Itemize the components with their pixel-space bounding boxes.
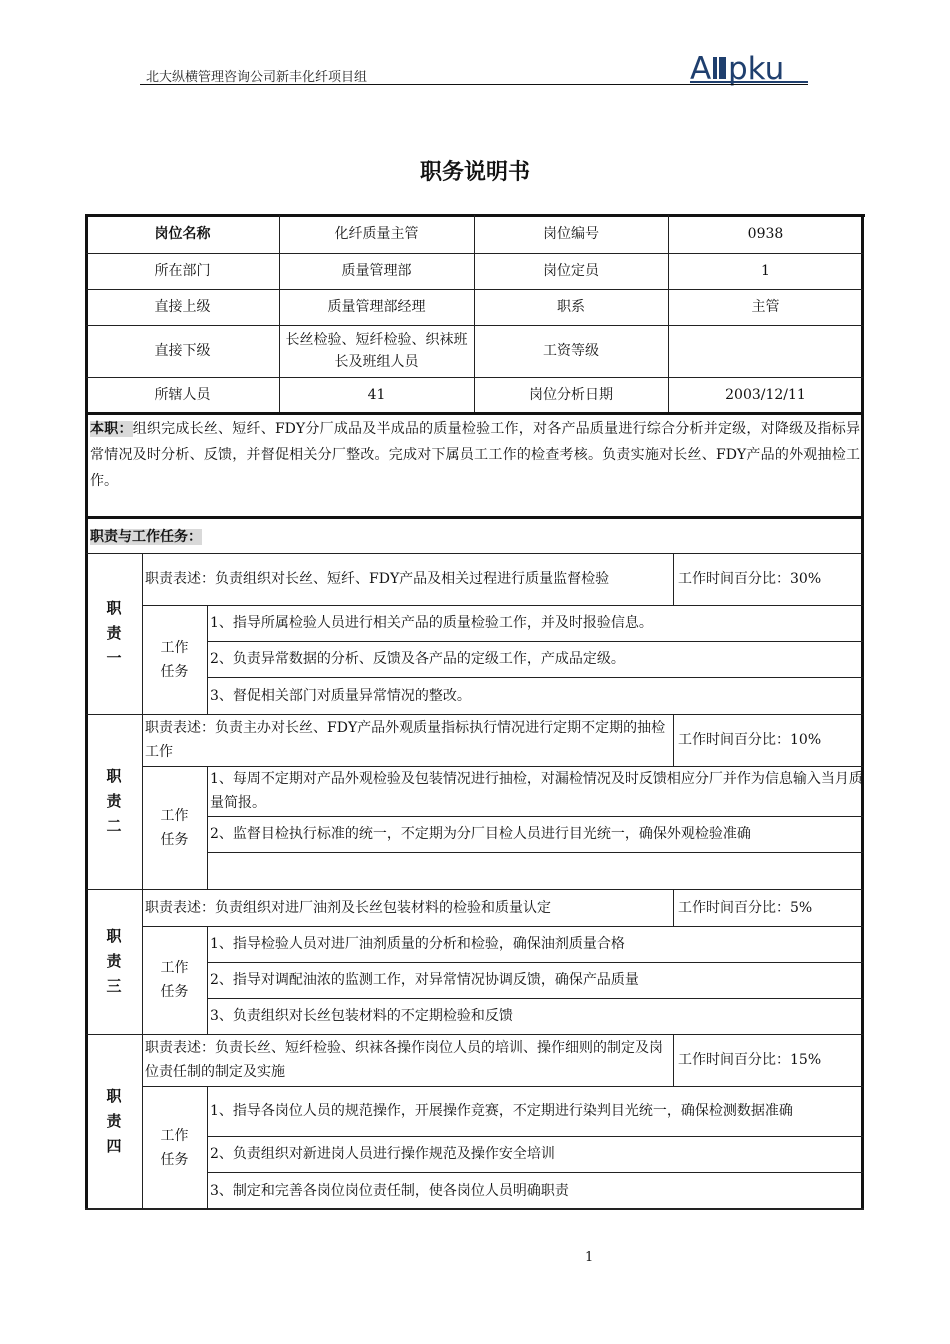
value-department: 质量管理部 — [279, 253, 474, 289]
label-analysis-date: 岗位分析日期 — [474, 377, 668, 413]
label-position-code: 岗位编号 — [474, 215, 668, 253]
document-title: 职务说明书 — [0, 155, 950, 186]
duty-2-task-2: 2、监督目检执行标准的统一，不定期为分厂目检人员进行目光统一，确保外观检验准确 — [207, 816, 863, 852]
duty-1-task-2: 2、负责异常数据的分析、反馈及各产品的定级工作，产成品定级。 — [207, 641, 863, 677]
duty-4-task-label: 工作任务 — [142, 1086, 207, 1209]
duty-3-task-3: 3、负责组织对长丝包装材料的不定期检验和反馈 — [207, 998, 863, 1034]
duty-3-task-2: 2、指导对调配油浓的监测工作，对异常情况协调反馈，确保产品质量 — [207, 962, 863, 998]
summary-text: 组织完成长丝、短纤、FDY分厂成品及半成品的质量检验工作，对各产品质量进行综合分… — [90, 421, 860, 489]
page-number: 1 — [585, 1250, 593, 1265]
value-position-name: 化纤质量主管 — [279, 215, 474, 253]
duty-3-title: 职 责 三 — [86, 889, 142, 1034]
duty-1-time-pct: 工作时间百分比：30% — [673, 553, 863, 605]
duty-2-task-3 — [207, 852, 863, 889]
duty-3-task-1: 1、指导检验人员对进厂油剂质量的分析和检验，确保油剂质量合格 — [207, 926, 863, 962]
duty-1-task-1: 1、指导所属检验人员进行相关产品的质量检验工作，并及时报验信息。 — [207, 605, 863, 641]
duty-2-time-pct: 工作时间百分比：10% — [673, 714, 863, 766]
duty-2-task-1: 1、每周不定期对产品外观检验及包装情况进行抽检，对漏检情况及时反馈相应分厂并作为… — [207, 766, 863, 816]
header-org-text: 北大纵横管理咨询公司新丰化纤项目组 — [146, 66, 367, 85]
duty-4-time-pct: 工作时间百分比：15% — [673, 1034, 863, 1086]
label-staff-count: 所辖人员 — [86, 377, 279, 413]
duties-header: 职责与工作任务： — [90, 527, 202, 547]
value-position-code: 0938 — [668, 215, 863, 253]
duty-3-description: 职责表述：负责组织对进厂油剂及长丝包装材料的检验和质量认定 — [142, 889, 673, 926]
duty-1-task-3: 3、督促相关部门对质量异常情况的整改。 — [207, 677, 863, 714]
logo-icon: A pku — [690, 50, 808, 88]
duty-2-description: 职责表述：负责主办对长丝、FDY产品外观质量指标执行情况进行定期不定期的抽检工作 — [142, 714, 673, 766]
label-salary-grade: 工资等级 — [474, 325, 668, 377]
duty-4-task-3: 3、制定和完善各岗位岗位责任制，使各岗位人员明确职责 — [207, 1172, 863, 1209]
duty-4-task-2: 2、负责组织对新进岗人员进行操作规范及操作安全培训 — [207, 1136, 863, 1172]
duty-1-description: 职责表述：负责组织对长丝、短纤、FDY产品及相关过程进行质量监督检验 — [142, 553, 673, 605]
header-rule — [140, 84, 808, 85]
duty-1-title: 职 责 一 — [86, 553, 142, 714]
value-staff-count: 41 — [279, 377, 474, 413]
label-headcount: 岗位定员 — [474, 253, 668, 289]
label-position-name: 岗位名称 — [86, 215, 279, 253]
value-direct-superior: 质量管理部经理 — [279, 289, 474, 325]
value-salary-grade — [668, 325, 863, 377]
value-headcount: 1 — [668, 253, 863, 289]
duty-4-title: 职 责 四 — [86, 1034, 142, 1209]
duty-2-title: 职 责 二 — [86, 714, 142, 889]
value-analysis-date: 2003/12/11 — [668, 377, 863, 413]
label-direct-superior: 直接上级 — [86, 289, 279, 325]
company-logo: A pku — [690, 50, 808, 86]
label-department: 所在部门 — [86, 253, 279, 289]
duty-4-description: 职责表述：负责长丝、短纤检验、织袜各操作岗位人员的培训、操作细则的制定及岗位责任… — [142, 1034, 673, 1086]
duty-3-time-pct: 工作时间百分比：5% — [673, 889, 863, 926]
value-direct-subordinates: 长丝检验、短纤检验、织袜班长及班组人员 — [279, 325, 474, 377]
duty-1-task-label: 工作任务 — [142, 605, 207, 714]
label-direct-subordinates: 直接下级 — [86, 325, 279, 377]
label-job-family: 职系 — [474, 289, 668, 325]
job-summary: 本职：组织完成长丝、短纤、FDY分厂成品及半成品的质量检验工作，对各产品质量进行… — [90, 416, 860, 494]
duty-2-task-label: 工作任务 — [142, 766, 207, 889]
value-job-family: 主管 — [668, 289, 863, 325]
duty-3-task-label: 工作任务 — [142, 926, 207, 1034]
summary-label: 本职： — [90, 421, 133, 437]
duty-4-task-1: 1、指导各岗位人员的规范操作，开展操作竞赛，不定期进行染判目光统一，确保检测数据… — [207, 1086, 863, 1136]
